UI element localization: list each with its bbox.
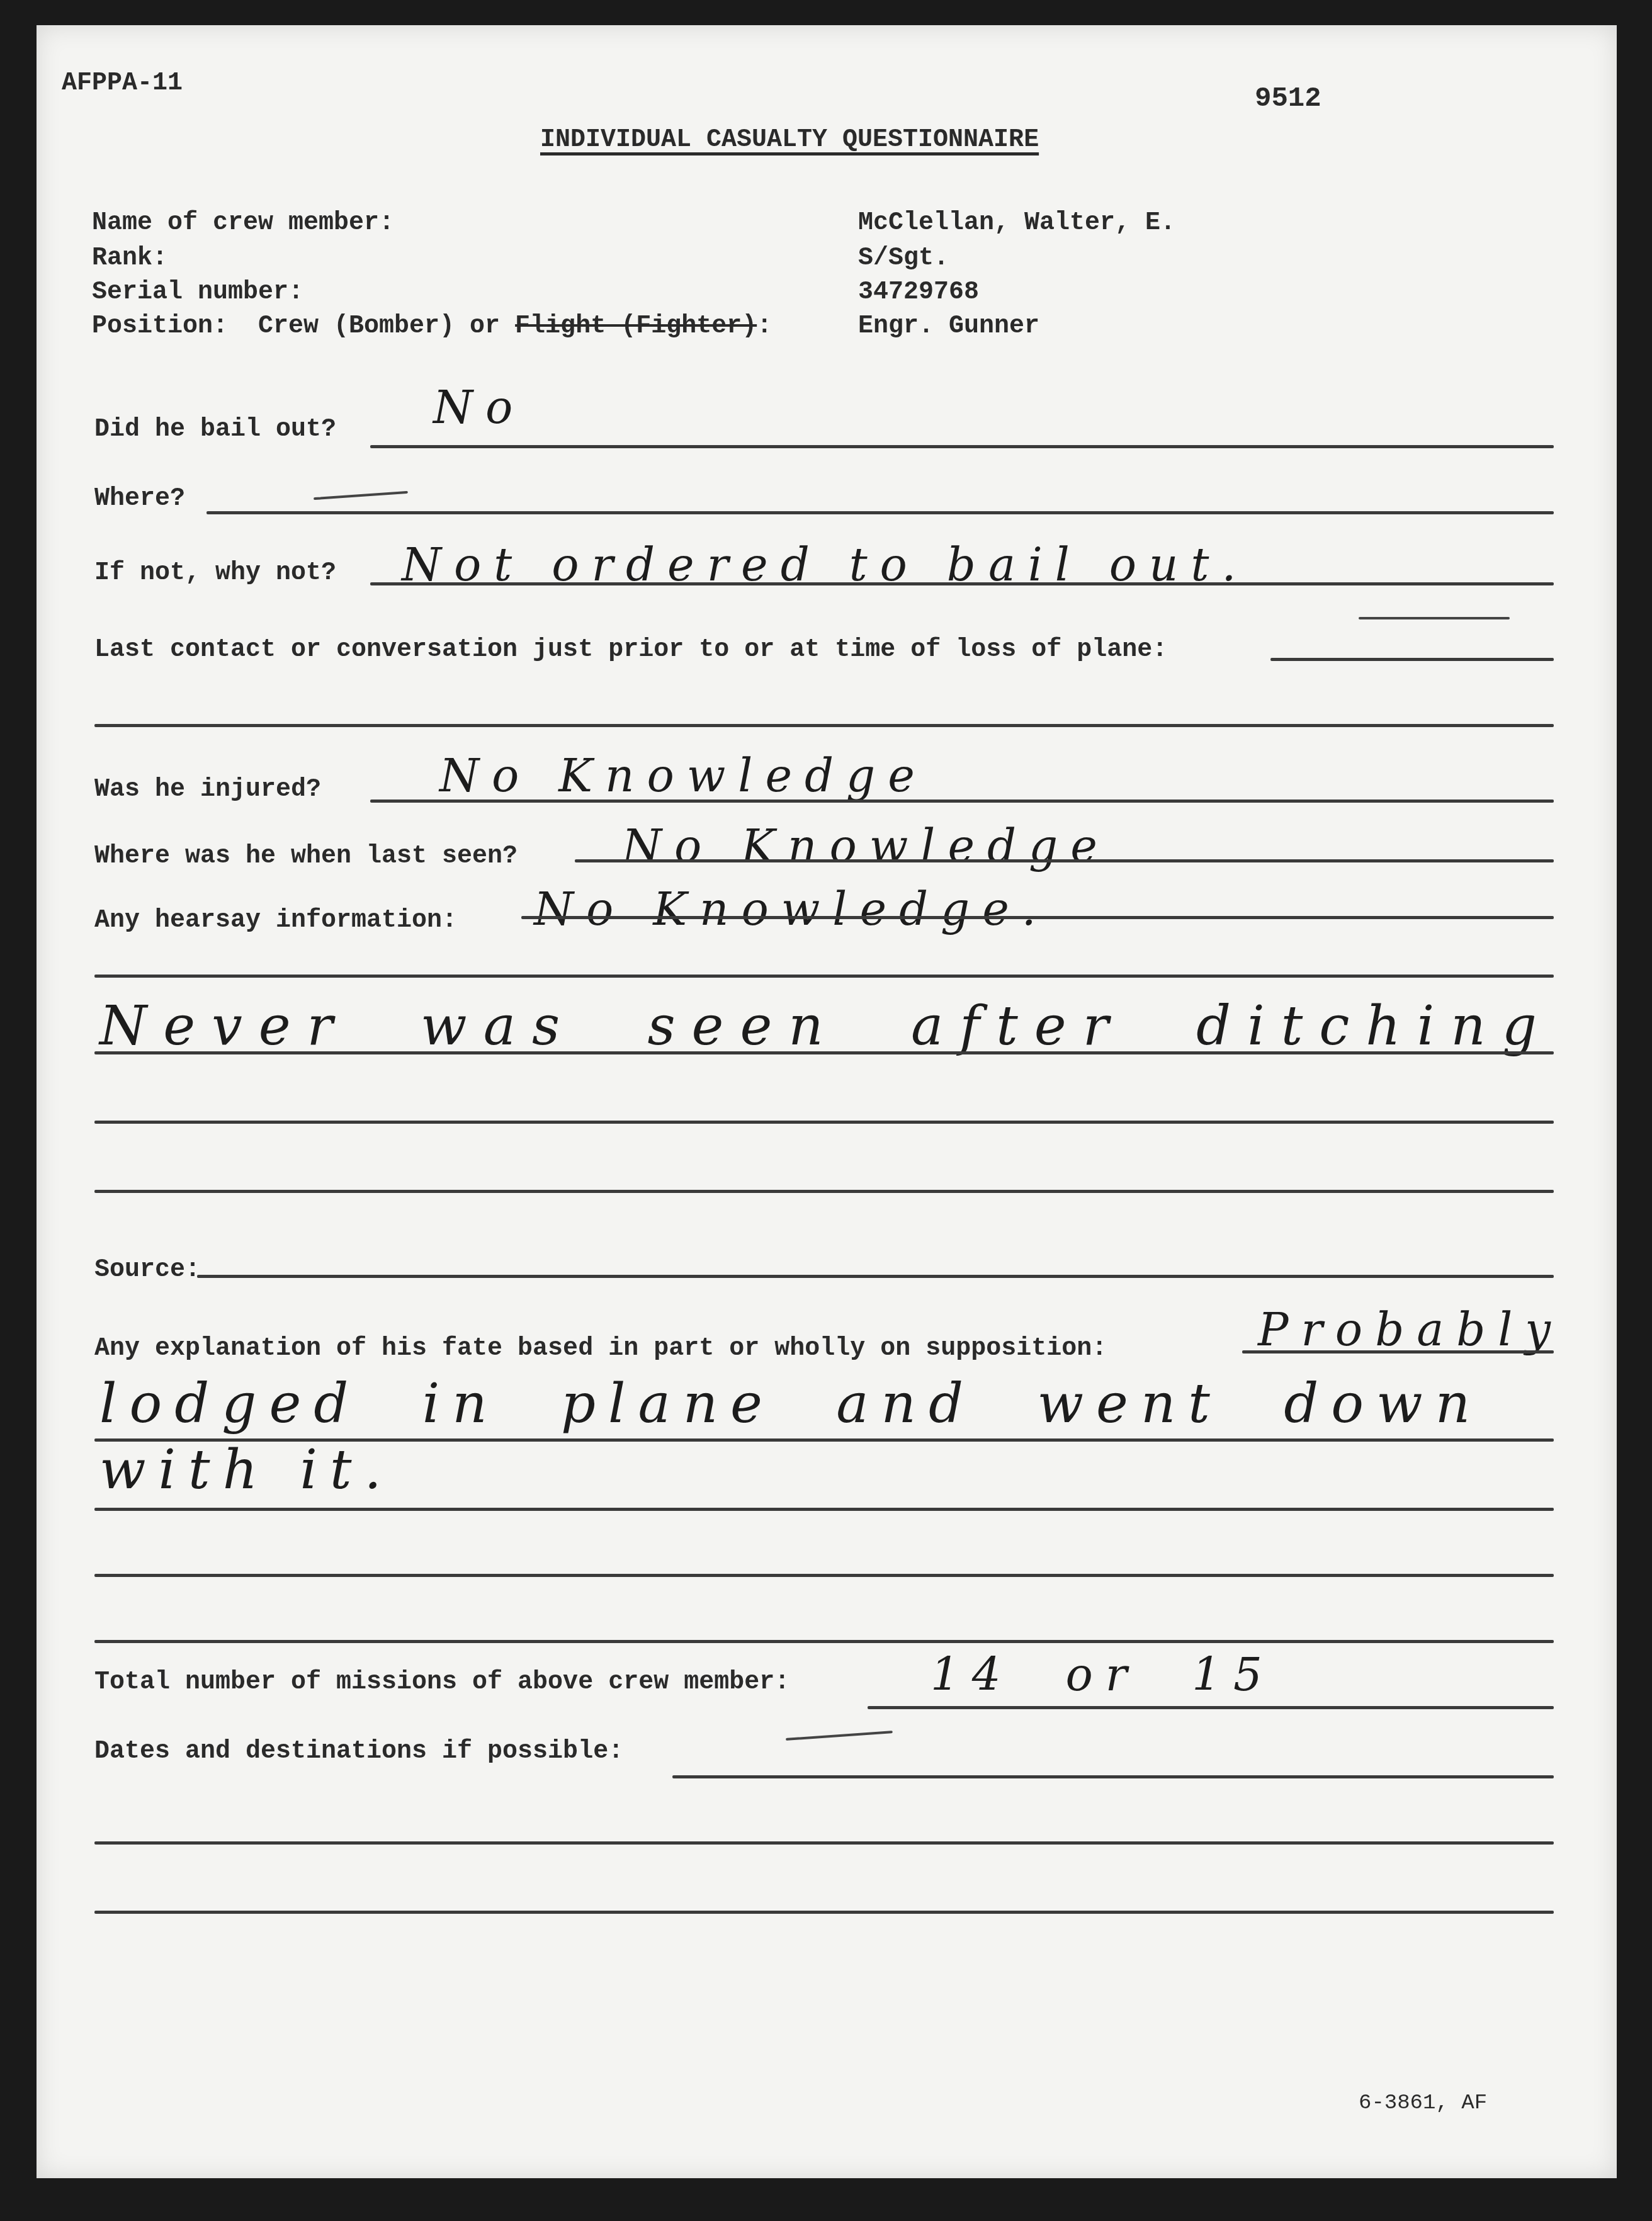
source-line — [197, 1275, 1554, 1278]
dates-dash-mark — [786, 1731, 893, 1741]
rank-label: Rank: — [92, 244, 167, 273]
position-label: Position: Crew (Bomber) or Flight (Fight… — [92, 312, 772, 341]
questionnaire-page: AFPPA-11 9512 INDIVIDUAL CASUALTY QUESTI… — [37, 25, 1617, 2178]
position-value: Engr. Gunner — [858, 312, 1039, 341]
serial-label: Serial number: — [92, 278, 303, 307]
supposition-answer-line3[interactable]: with it. — [99, 1438, 394, 1501]
bail-out-answer[interactable]: No — [433, 381, 525, 434]
where-line — [206, 511, 1554, 514]
bail-out-label: Did he bail out? — [94, 415, 336, 444]
missions-answer[interactable]: 14 or 15 — [931, 1648, 1275, 1701]
dates-line — [672, 1775, 1554, 1778]
last-seen-answer[interactable]: No Knowledge — [622, 820, 1110, 873]
missions-label: Total number of missions of above crew m… — [94, 1668, 789, 1697]
hearsay-label: Any hearsay information: — [94, 907, 457, 935]
blank-line-4 — [94, 1574, 1554, 1577]
blank-line-3 — [94, 1190, 1554, 1193]
last-seen-line — [575, 859, 1554, 862]
remark-handwritten[interactable]: Never was seen after ditching — [99, 995, 1553, 1058]
file-number: 9512 — [1255, 83, 1321, 115]
missions-line — [868, 1706, 1554, 1709]
supposition-line-3 — [94, 1508, 1554, 1511]
serial-value: 34729768 — [858, 278, 979, 307]
blank-line-7 — [94, 1911, 1554, 1914]
name-value: McClellan, Walter, E. — [858, 209, 1175, 237]
blank-line-6 — [94, 1841, 1554, 1845]
injured-answer[interactable]: No Knowledge — [439, 749, 927, 802]
last-contact-label: Last contact or conversation just prior … — [94, 636, 1167, 664]
supposition-label: Any explanation of his fate based in par… — [94, 1335, 1107, 1363]
name-label: Name of crew member: — [92, 209, 394, 237]
form-title: INDIVIDUAL CASUALTY QUESTIONNAIRE — [540, 126, 1039, 154]
blank-line-5 — [94, 1640, 1554, 1643]
injured-label: Was he injured? — [94, 776, 321, 804]
supposition-answer-line1[interactable]: Probably — [1258, 1303, 1563, 1356]
where-label: Where? — [94, 485, 185, 513]
dates-label: Dates and destinations if possible: — [94, 1738, 623, 1766]
position-label-text: Position: Crew (Bomber) or — [92, 312, 515, 341]
position-colon: : — [757, 312, 772, 341]
where-dash-mark — [314, 491, 408, 500]
last-contact-dash-mark — [1359, 617, 1510, 619]
last-contact-line — [1270, 658, 1554, 661]
remark-line — [94, 1051, 1554, 1054]
bail-out-line — [370, 445, 1554, 448]
why-not-label: If not, why not? — [94, 559, 336, 587]
source-label: Source: — [94, 1256, 200, 1284]
position-struck-option: Flight (Fighter) — [515, 312, 757, 341]
rank-value: S/Sgt. — [858, 244, 949, 273]
hearsay-answer[interactable]: No Knowledge. — [534, 883, 1049, 935]
last-seen-label: Where was he when last seen? — [94, 842, 518, 871]
last-contact-line-2 — [94, 724, 1554, 727]
injured-line — [370, 800, 1554, 803]
supposition-answer-line2[interactable]: lodged in plane and went down — [99, 1372, 1483, 1435]
blank-line-1 — [94, 975, 1554, 978]
hearsay-line — [521, 916, 1554, 919]
form-code: AFPPA-11 — [62, 69, 183, 98]
supposition-line-1 — [1242, 1350, 1554, 1354]
form-number-footer: 6-3861, AF — [1359, 2091, 1487, 2115]
why-not-line — [370, 582, 1554, 585]
blank-line-2 — [94, 1121, 1554, 1124]
